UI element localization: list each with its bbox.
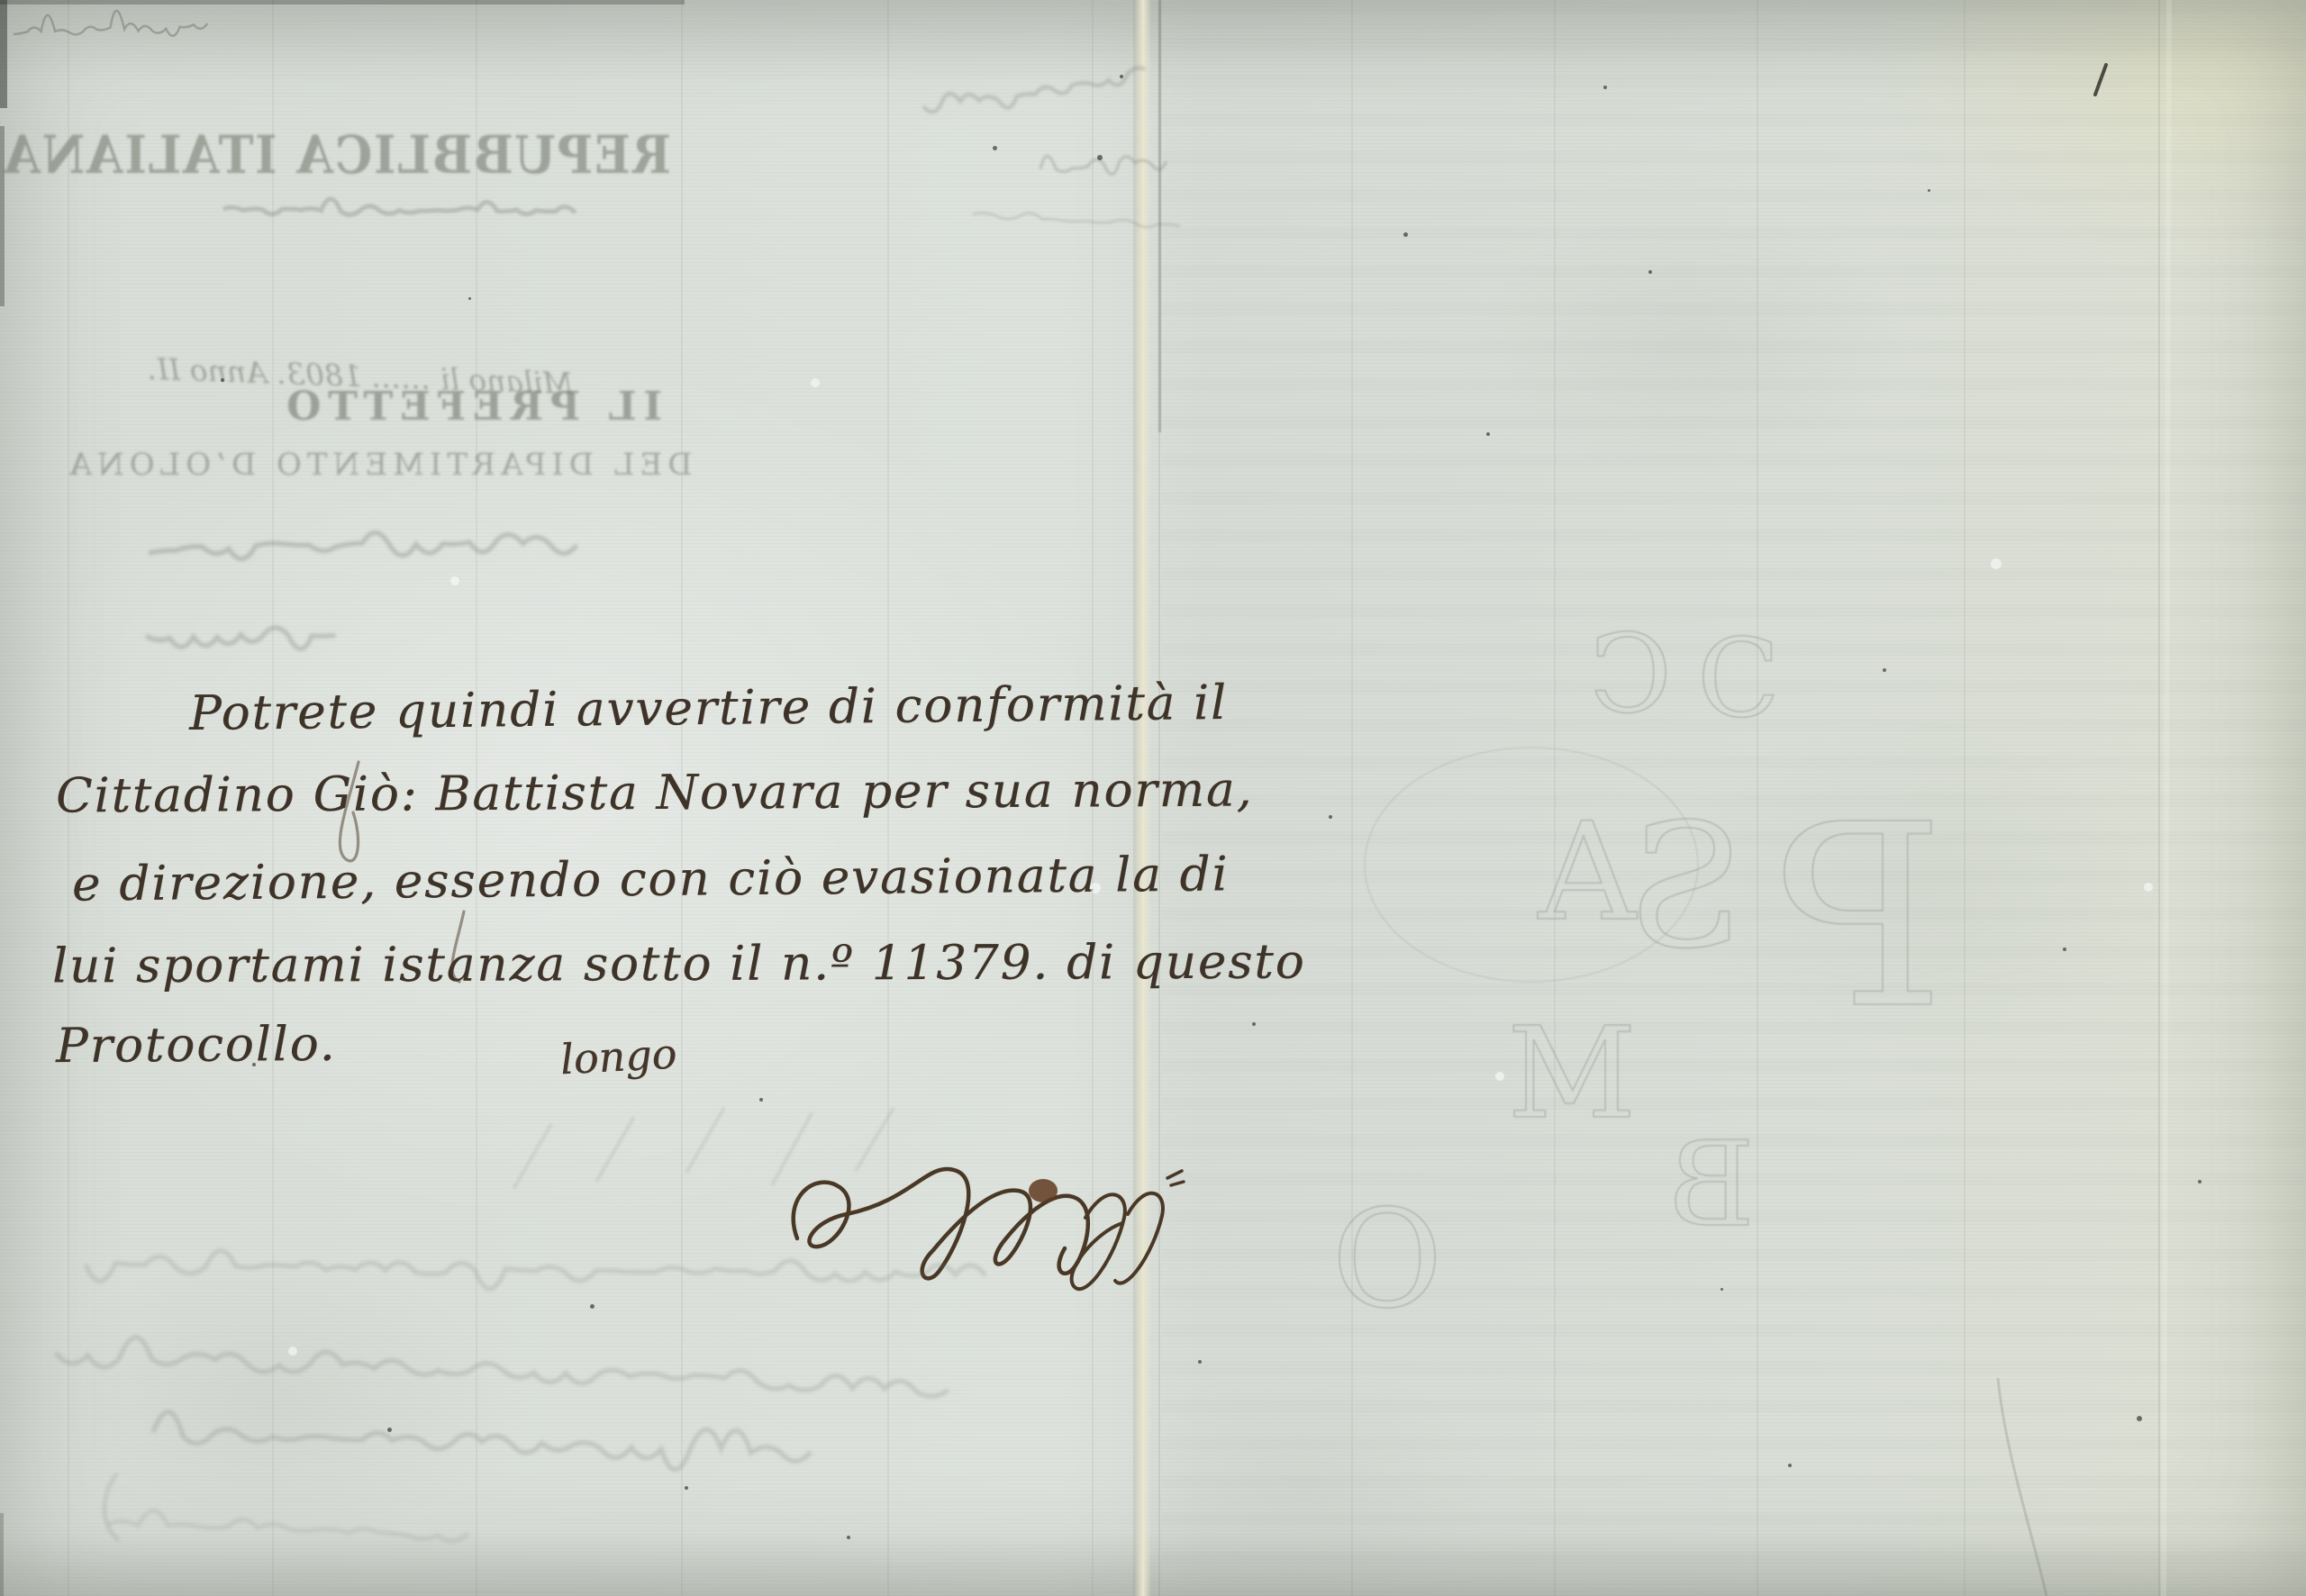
ink-speck (759, 1098, 763, 1102)
bleed-script-curve (104, 1474, 119, 1540)
prefect-signature (794, 1169, 1184, 1289)
bleedthrough-subtitle-dipartimento: DEL DIPARTIMENTO D’OLONA (63, 447, 694, 483)
ink-speck (1403, 232, 1408, 237)
ink-speck (993, 146, 997, 150)
ink-speck (252, 1063, 256, 1066)
bottom-edge-shading (0, 1533, 2306, 1596)
ink-speck (1097, 155, 1103, 160)
ink-speck (1928, 189, 1930, 192)
bleedthrough-masthead: REPUBBLICA ITALIANA. (104, 124, 671, 186)
paper-fleck (1991, 558, 2002, 569)
ink-speck (590, 1304, 595, 1309)
paper-fleck (2144, 883, 2153, 892)
letter-line: lui sportami istanza sotto il n.º 11379.… (52, 935, 1306, 994)
ink-speck (1486, 432, 1490, 436)
paper-fleck (1090, 883, 1101, 893)
ink-speck (387, 1428, 392, 1432)
paper-fleck (450, 576, 459, 585)
paper-fleck (811, 378, 820, 387)
verso-line-shading (1162, 0, 2306, 1596)
paper-edge-shadow (0, 0, 7, 108)
ink-speck (468, 297, 471, 300)
ink-speck (2063, 948, 2066, 951)
ink-speck (221, 378, 224, 382)
ink-speck (2198, 1180, 2202, 1183)
bleed-script-line (146, 625, 336, 654)
paper-fleck (1495, 1072, 1504, 1081)
paper-fleck (288, 1347, 297, 1356)
bleed-hatch-marks (513, 1108, 894, 1189)
letter-line: Potrete quindi avvertire di conformità i… (189, 676, 1229, 741)
ink-speck (1648, 270, 1652, 274)
bleedthrough-title-il-prefetto: IL PREFETTO (225, 384, 716, 430)
ink-speck (685, 1486, 688, 1490)
ink-speck (1198, 1360, 1202, 1364)
ink-speck (1120, 75, 1123, 78)
ink-speck (1883, 668, 1886, 672)
bleed-ornament-rule (223, 199, 576, 214)
paper-edge-shadow (0, 1513, 4, 1596)
letter-line: e direzione, essendo con ciò evasionata … (72, 847, 1230, 911)
ink-speck (1720, 1288, 1723, 1291)
fold-crease-dark-segment (1158, 0, 1161, 432)
top-edge-shading (0, 0, 2306, 81)
clerk-signature: longo (559, 1029, 678, 1084)
bleed-script-line (55, 1336, 949, 1396)
ink-speck (2137, 1416, 2142, 1421)
letter-line: Protocollo. (56, 1017, 337, 1074)
scanned-letter-document: REPUBBLICA ITALIANA. Milano li …… 1803. … (0, 0, 2306, 1596)
ink-speck (1329, 815, 1332, 819)
fold-crease-faint-segment (1158, 432, 1160, 1596)
paper-edge-shadow (0, 0, 685, 5)
ink-blot (1029, 1179, 1058, 1202)
ink-speck (847, 1536, 850, 1539)
ink-speck (1252, 1022, 1256, 1026)
bleed-script-line (152, 1410, 812, 1475)
letter-line: Cittadino Giò: Battista Novara per sua n… (56, 763, 1254, 824)
ink-speck (1603, 86, 1607, 89)
bleed-script-line (149, 530, 577, 561)
bleed-script-line (86, 1248, 986, 1298)
ink-speck (1788, 1464, 1792, 1467)
